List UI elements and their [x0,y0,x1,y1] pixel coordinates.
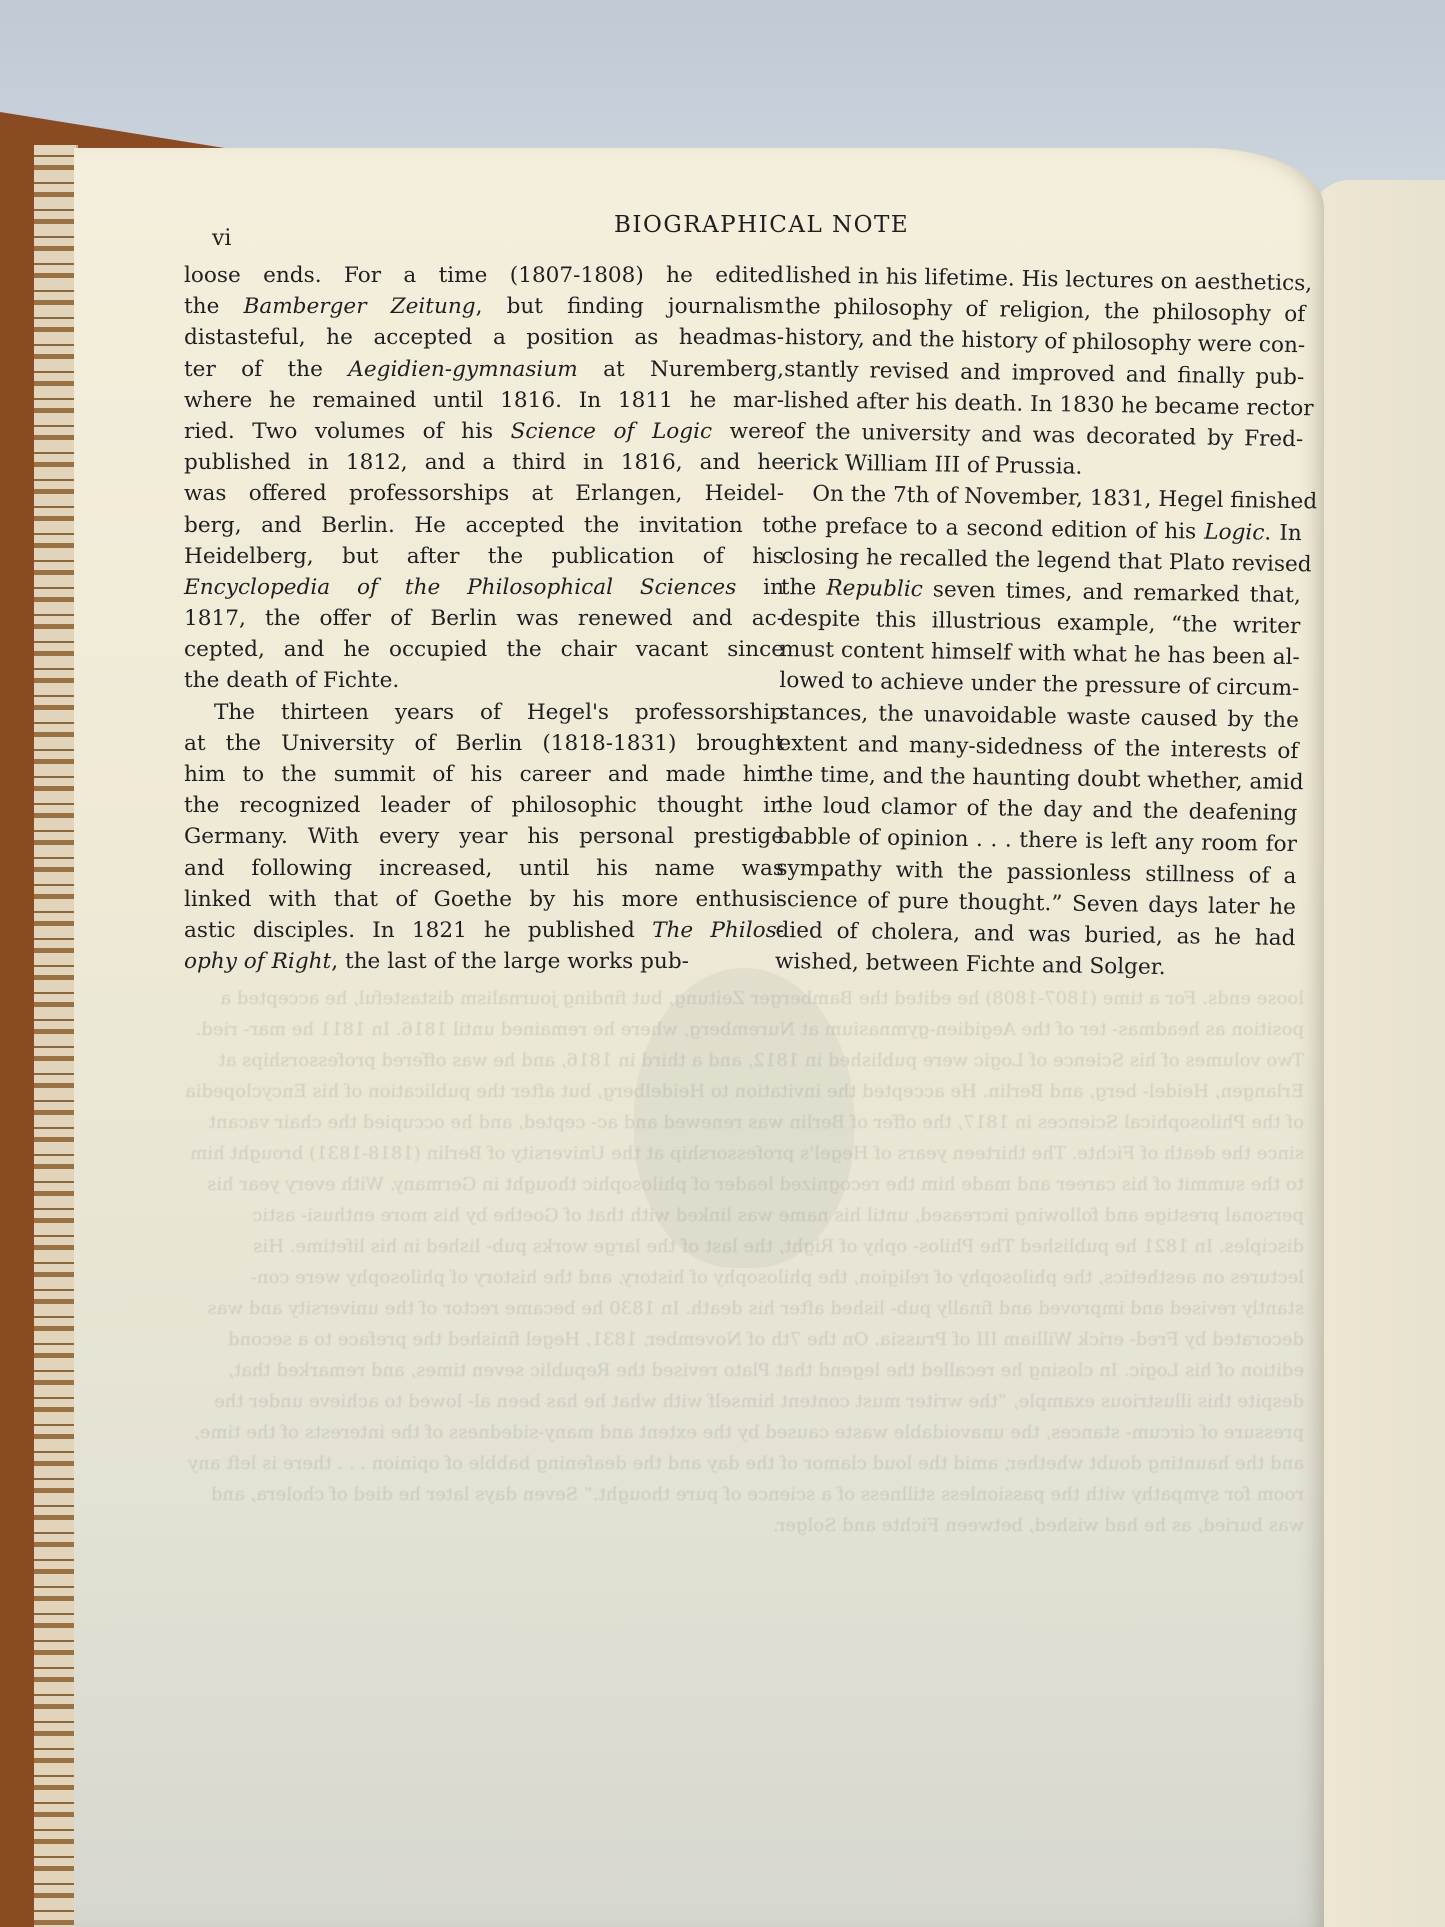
book-page: loose ends. For a time (1807-1808) he ed… [74,148,1324,1927]
text-line: ter of the Aegidien-gymnasium at Nurembe… [184,354,784,385]
text-line: and following increased, until his name … [184,853,784,884]
right-column: lished in his lifetime. His lectures on … [775,260,1306,985]
text-line: loose ends. For a time (1807-1808) he ed… [184,260,784,291]
text-line: him to the summit of his career and made… [184,759,784,790]
text-line: where he remained until 1816. In 1811 he… [184,385,784,416]
text-line: the death of Fichte. [184,665,784,696]
text-line: Germany. With every year his personal pr… [184,821,784,852]
text-line: at the University of Berlin (1818-1831) … [184,728,784,759]
text-line: 1817, the offer of Berlin was renewed an… [184,603,784,634]
text-line: astic disciples. In 1821 he published Th… [184,915,784,946]
text-line: was offered professorships at Erlangen, … [184,478,784,509]
facing-page-edge [1310,180,1445,1927]
decorative-binding-strip [34,145,78,1927]
text-line: ophy of Right, the last of the large wor… [184,946,784,977]
text-line: linked with that of Goethe by his more e… [184,884,784,915]
text-line: the Bamberger Zeitung, but finding journ… [184,291,784,322]
text-line: the recognized leader of philosophic tho… [184,790,784,821]
text-line: berg, and Berlin. He accepted the invita… [184,510,784,541]
text-line: Heidelberg, but after the publication of… [184,541,784,572]
text-line: ried. Two volumes of his Science of Logi… [184,416,784,447]
text-line: published in 1812, and a third in 1816, … [184,447,784,478]
page-header: vi BIOGRAPHICAL NOTE [74,208,1324,248]
text-line: cepted, and he occupied the chair vacant… [184,634,784,665]
left-column: loose ends. For a time (1807-1808) he ed… [184,260,784,977]
running-head: BIOGRAPHICAL NOTE [614,212,909,238]
text-line: distasteful, he accepted a position as h… [184,322,784,353]
show-through-text: loose ends. For a time (1807-1808) he ed… [184,983,1304,1743]
text-line: Encyclopedia of the Philosophical Scienc… [184,572,784,603]
page-number: vi [212,226,231,251]
text-line: The thirteen years of Hegel's professors… [184,697,784,728]
